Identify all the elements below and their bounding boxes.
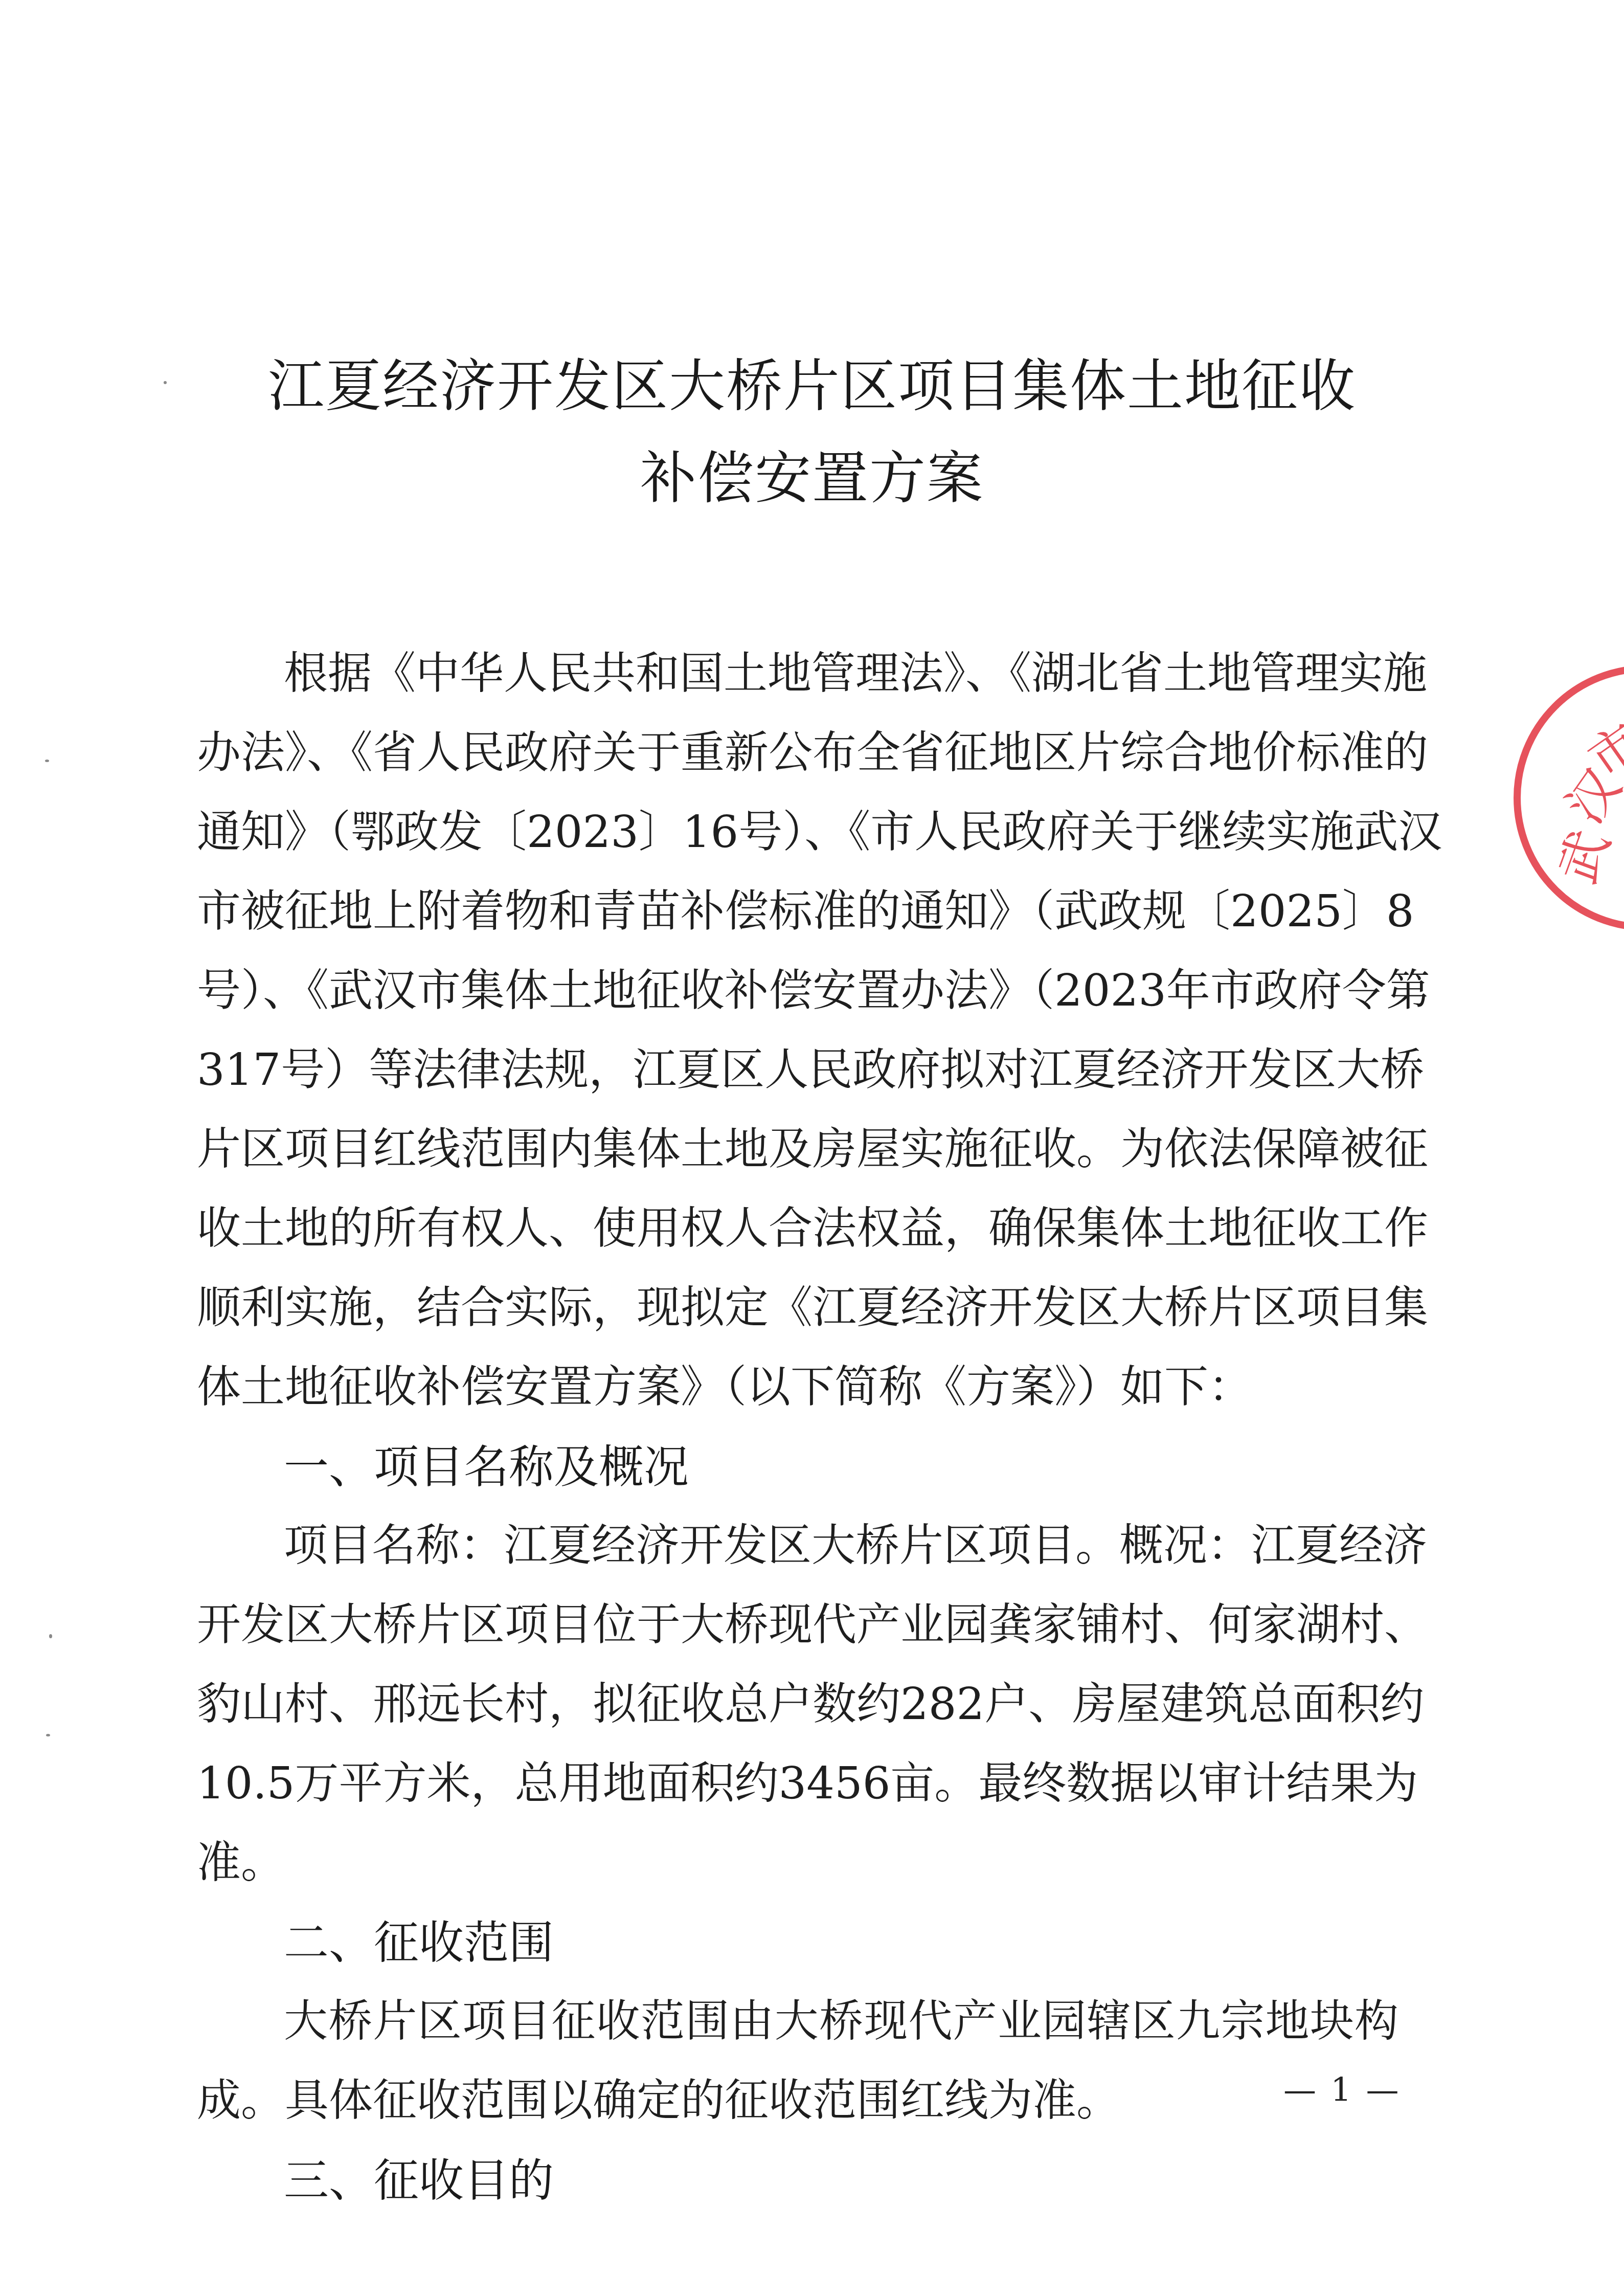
section-heading-2: 二、征收范围 <box>284 1903 554 1982</box>
scan-speck <box>49 1634 52 1638</box>
preamble-line: 收土地的所有权人、使用权人合法权益，确保集体土地征收工作 <box>197 1189 1399 1268</box>
preamble-line: 顺利实施，结合实际，现拟定《江夏经济开发区大桥片区项目集 <box>197 1268 1399 1348</box>
section-heading-3: 三、征收目的 <box>284 2141 554 2220</box>
document-title-line-1: 江夏经济开发区大桥片区项目集体土地征收 <box>0 358 1624 414</box>
preamble-line: 通知》（鄂政发〔2023〕16号）、《市人民政府关于继续实施武汉 <box>197 793 1399 872</box>
preamble-line: 317号）等法律法规，江夏区人民政府拟对江夏经济开发区大桥 <box>197 1031 1399 1110</box>
page-number: — 1 — <box>1283 2071 1401 2109</box>
preamble-line: 根据《中华人民共和国土地管理法》、《湖北省土地管理实施 <box>284 634 1399 714</box>
section-1-line: 项目名称：江夏经济开发区大桥片区项目。概况：江夏经济 <box>284 1506 1399 1586</box>
preamble-line: 市被征地上附着物和青苗补偿标准的通知》（武政规〔2025〕8 <box>197 872 1399 951</box>
section-heading-1: 一、项目名称及概况 <box>284 1427 689 1506</box>
preamble-line: 号）、《武汉市集体土地征收补偿安置办法》（2023年市政府令第 <box>197 951 1399 1031</box>
section-2-line: 成。具体征收范围以确定的征收范围红线为准。 <box>197 2061 1399 2141</box>
document-title-line-2: 补偿安置方案 <box>0 450 1624 506</box>
document-page: 江夏经济开发区大桥片区项目集体土地征收 补偿安置方案 根据《中华人民共和国土地管… <box>0 0 1624 2296</box>
section-1-line: 豹山村、邢远长村，拟征收总户数约282户、房屋建筑总面积约 <box>197 1665 1399 1744</box>
preamble-line: 体土地征收补偿安置方案》（以下简称《方案》）如下： <box>197 1348 1399 1427</box>
section-1-line: 开发区大桥片区项目位于大桥现代产业园龚家铺村、何家湖村、 <box>197 1586 1399 1665</box>
scan-speck <box>45 760 49 762</box>
scan-speck <box>164 381 167 384</box>
scan-speck <box>46 1734 50 1736</box>
section-1-line: 准。 <box>197 1823 1399 1903</box>
preamble-line: 办法》、《省人民政府关于重新公布全省征地区片综合地价标准的 <box>197 714 1399 793</box>
preamble-line: 片区项目红线范围内集体土地及房屋实施征收。为依法保障被征 <box>197 1110 1399 1189</box>
section-2-line: 大桥片区项目征收范围由大桥现代产业园辖区九宗地块构 <box>284 1982 1399 2061</box>
section-1-line: 10.5万平方米，总用地面积约3456亩。最终数据以审计结果为 <box>197 1744 1399 1823</box>
